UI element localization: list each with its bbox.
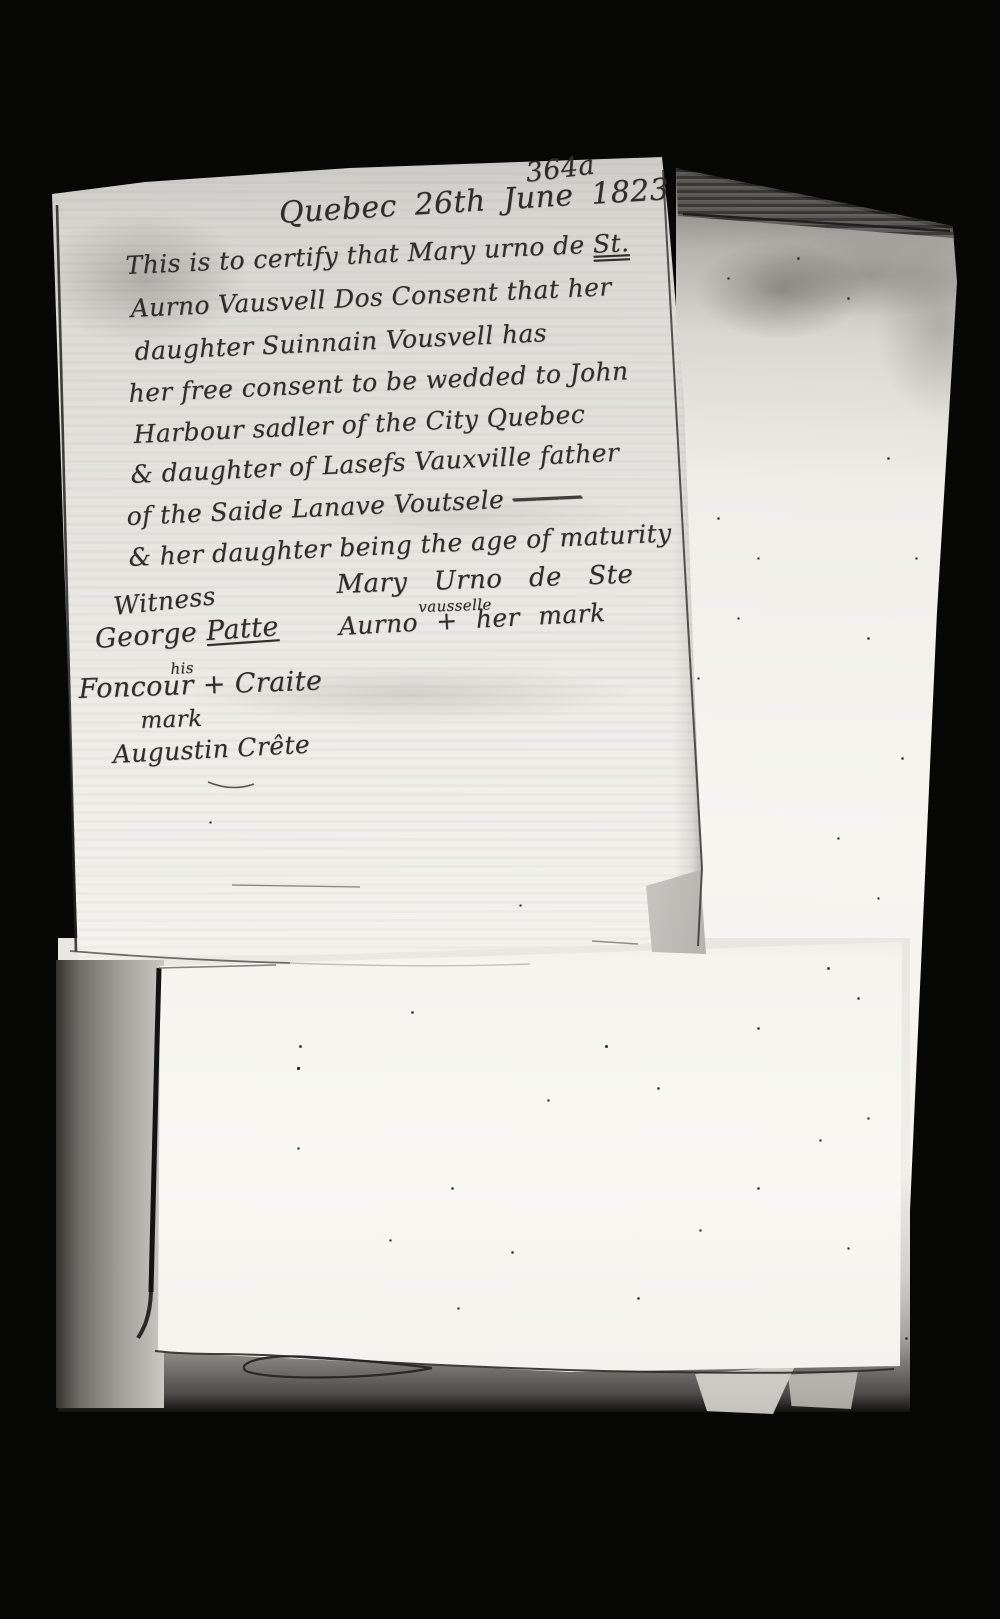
- left-page-curve-shadow: [56, 960, 164, 1408]
- body-line-1-abbreviation: St.: [592, 228, 630, 259]
- bottom-blank-sheet: [150, 934, 910, 1378]
- body-line-7-struck-word: ———: [512, 481, 582, 513]
- scanned-document-page: 364a Quebec 26th June 1823 This is to ce…: [0, 0, 1000, 1619]
- paper-tab-2: [788, 1371, 858, 1409]
- witness-surname: Patte: [205, 611, 280, 647]
- dust-speckles: [0, 0, 1, 1]
- witness-mark-label: mark: [140, 706, 203, 734]
